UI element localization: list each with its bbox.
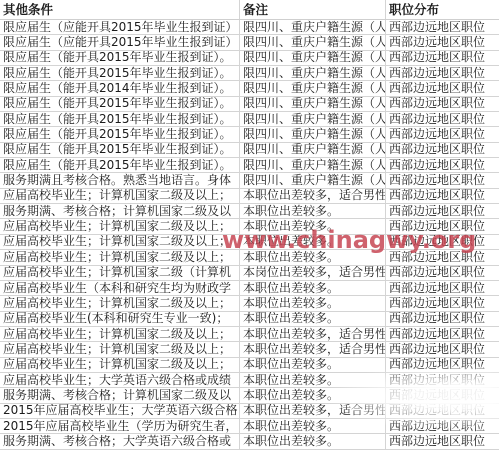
cell-other-conditions[interactable]: 限应届生（能开具2015年毕业生报到证）。 — [0, 143, 240, 157]
table-row: 限应届生（能开具2015年毕业生报到证）。 限四川、重庆户籍生源（人 西部边远地… — [0, 51, 499, 66]
cell-remarks[interactable]: 本职位出差较多，适合男性 — [240, 189, 386, 203]
table-row: 应届高校毕业生（本科和研究生均为财政学 本职位出差较多。 西部边远地区职位 — [0, 281, 499, 296]
cell-distribution[interactable]: 西部边远地区职位 — [386, 143, 499, 157]
cell-remarks[interactable]: 限四川、重庆户籍生源（人 — [240, 35, 386, 49]
cell-other-conditions[interactable]: 服务期满、考核合格；大学英语六级合格或 — [0, 434, 240, 448]
cell-other-conditions[interactable]: 应届高校毕业生（本科和研究生均为财政学 — [0, 281, 240, 295]
table-row: 服务期满、考核合格；计算机国家二级及以 本职位出差较多。 西部边远地区职位 — [0, 204, 499, 219]
cell-remarks[interactable]: 限四川、重庆户籍生源（人 — [240, 66, 386, 80]
header-distribution[interactable]: 职位分布 — [386, 0, 499, 19]
table-row: 应届高校毕业生(本科和研究生专业一致)； 本职位出差较多。 西部边远地区职位 — [0, 312, 499, 327]
cell-other-conditions[interactable]: 限应届生（能开具2015年毕业生报到证）。 — [0, 158, 240, 172]
cell-distribution[interactable]: 西部边远地区职位 — [386, 173, 499, 187]
cell-remarks[interactable]: 限四川、重庆户籍生源（人 — [240, 173, 386, 187]
cell-distribution[interactable]: 西部边远地区职位 — [386, 327, 499, 341]
cell-remarks[interactable]: 限四川、重庆户籍生源（人 — [240, 112, 386, 126]
cell-remarks[interactable]: 本职位出差较多。 — [240, 296, 386, 310]
cell-other-conditions[interactable]: 应届高校毕业生；计算机国家二级及以上； — [0, 189, 240, 203]
cell-distribution[interactable]: 西部边远地区职位 — [386, 296, 499, 310]
cell-other-conditions[interactable]: 服务期满、考核合格；计算机国家二级及以 — [0, 388, 240, 402]
table-row: 应届高校毕业生；计算机国家二级（计算机 本岗位出差较多，适合男性 西部边远地区职… — [0, 266, 499, 281]
cell-distribution[interactable]: 西部边远地区职位 — [386, 81, 499, 95]
cell-distribution[interactable]: 西部边远地区职位 — [386, 66, 499, 80]
cell-other-conditions[interactable]: 2015年应届高校毕业生；大学英语六级合格 — [0, 404, 240, 418]
table-row: 应届高校毕业生；计算机国家二级及以上； 本职位出差较多。 西部边远地区职位 — [0, 219, 499, 234]
cell-other-conditions[interactable]: 限应届生（能开具2015年毕业生报到证）。 — [0, 112, 240, 126]
cell-remarks[interactable]: 本职位出差较多。 — [240, 204, 386, 218]
cell-distribution[interactable]: 西部边远地区职位 — [386, 388, 499, 402]
table-row: 限应届生（能开具2015年毕业生报到证）。 限四川、重庆户籍生源（人 西部边远地… — [0, 66, 499, 81]
cell-remarks[interactable]: 本职位出差较多，适合男性 — [240, 342, 386, 356]
cell-distribution[interactable]: 西部边远地区职位 — [386, 112, 499, 126]
cell-distribution[interactable]: 西部边远地区职位 — [386, 434, 499, 448]
table-row: 应届高校毕业生；计算机国家二级及以上； 本职位出差较多，适合男性 西部边远地区职… — [0, 327, 499, 342]
table-row: 限应届生（能开具2015年毕业生报到证）。 限四川、重庆户籍生源（人 西部边远地… — [0, 158, 499, 173]
table-row: 应届高校毕业生；计算机国家二级及以上； 本职位出差较多，适合男性 西部边远地区职… — [0, 342, 499, 357]
cell-distribution[interactable]: 西部边远地区职位 — [386, 235, 499, 249]
cell-distribution[interactable]: 西部边远地区职位 — [386, 204, 499, 218]
table-row: 限应届生（能开具2015年毕业生报到证）。 限四川、重庆户籍生源（人 西部边远地… — [0, 112, 499, 127]
header-other-conditions[interactable]: 其他条件 — [0, 0, 240, 19]
cell-remarks[interactable]: 本职位出差较多。 — [240, 250, 386, 264]
table-row: 限应届生（应能开具2015年毕业生报到证） 限四川、重庆户籍生源（人 西部边远地… — [0, 35, 499, 50]
cell-distribution[interactable]: 西部边远地区职位 — [386, 127, 499, 141]
cell-distribution[interactable]: 西部边远地区职位 — [386, 158, 499, 172]
cell-remarks[interactable]: 限四川、重庆户籍生源（人 — [240, 97, 386, 111]
spreadsheet-table: 其他条件 备注 职位分布 限应届生（应能开具2015年毕业生报到证） 限四川、重… — [0, 0, 499, 450]
cell-distribution[interactable]: 西部边远地区职位 — [386, 342, 499, 356]
table-row: 2015年应届高校毕业生（学历为研究生者， 本职位出差较多。 西部边远地区职位 — [0, 419, 499, 434]
cell-remarks[interactable]: 本职位出差较多。 — [240, 358, 386, 372]
table-row: 限应届生（能开具2015年毕业生报到证）。 限四川、重庆户籍生源（人 西部边远地… — [0, 97, 499, 112]
cell-other-conditions[interactable]: 应届高校毕业生；计算机国家二级及以上； — [0, 296, 240, 310]
cell-other-conditions[interactable]: 限应届生（能开具2014年毕业生报到证）。 — [0, 81, 240, 95]
cell-other-conditions[interactable]: 应届高校毕业生；计算机国家二级及以上； — [0, 342, 240, 356]
cell-other-conditions[interactable]: 应届高校毕业生；计算机国家二级及以上； — [0, 358, 240, 372]
table-row: 应届高校毕业生；计算机国家二级及以上； 本职位出差较多。 西部边远地区职位 — [0, 358, 499, 373]
cell-other-conditions[interactable]: 限应届生（能开具2015年毕业生报到证）。 — [0, 127, 240, 141]
cell-other-conditions[interactable]: 服务期满且考核合格。熟悉当地语言。身体 — [0, 173, 240, 187]
cell-other-conditions[interactable]: 2015年应届高校毕业生（学历为研究生者， — [0, 419, 240, 433]
cell-remarks[interactable]: 限四川、重庆户籍生源（人 — [240, 51, 386, 65]
header-remarks[interactable]: 备注 — [240, 0, 386, 19]
cell-distribution[interactable]: 西部边远地区职位 — [386, 189, 499, 203]
cell-remarks[interactable]: 限四川、重庆户籍生源（人 — [240, 143, 386, 157]
cell-remarks[interactable]: 本职位出差较多。 — [240, 312, 386, 326]
cell-other-conditions[interactable]: 应届高校毕业生；计算机国家二级及以上； — [0, 250, 240, 264]
table-row: 限应届生（能开具2015年毕业生报到证）。 限四川、重庆户籍生源（人 西部边远地… — [0, 143, 499, 158]
table-row: 服务期满、考核合格；计算机国家二级及以 本职位出差较多。 西部边远地区职位 — [0, 388, 499, 403]
cell-other-conditions[interactable]: 服务期满、考核合格；计算机国家二级及以 — [0, 204, 240, 218]
cell-distribution[interactable]: 西部边远地区职位 — [386, 35, 499, 49]
cell-distribution[interactable]: 西部边远地区职位 — [386, 404, 499, 418]
table-row: 限应届生（能开具2014年毕业生报到证）。 限四川、重庆户籍生源（人 西部边远地… — [0, 81, 499, 96]
cell-other-conditions[interactable]: 应届高校毕业生；计算机国家二级及以上； — [0, 327, 240, 341]
table-row: 应届高校毕业生；计算机国家二级及以上； 本职位出差较多。 西部边远地区职位 — [0, 296, 499, 311]
table-row: 限应届生（应能开具2015年毕业生报到证） 限四川、重庆户籍生源（人 西部边远地… — [0, 20, 499, 35]
cell-remarks[interactable]: 本职位出差较多。 — [240, 419, 386, 433]
cell-distribution[interactable]: 西部边远地区职位 — [386, 281, 499, 295]
cell-remarks[interactable]: 限四川、重庆户籍生源（人 — [240, 20, 386, 34]
table-row: 服务期满且考核合格。熟悉当地语言。身体 限四川、重庆户籍生源（人 西部边远地区职… — [0, 173, 499, 188]
cell-remarks[interactable]: 本职位出差较多。 — [240, 434, 386, 448]
cell-distribution[interactable]: 西部边远地区职位 — [386, 219, 499, 233]
cell-remarks[interactable]: 本职位出差较多。 — [240, 235, 386, 249]
table-row: 应届高校毕业生；计算机国家二级及以上； 本职位出差较多。 西部边远地区职位 — [0, 235, 499, 250]
cell-remarks[interactable]: 限四川、重庆户籍生源（人 — [240, 81, 386, 95]
table-row: 服务期满、考核合格；大学英语六级合格或 本职位出差较多。 西部边远地区职位 — [0, 434, 499, 449]
cell-other-conditions[interactable]: 限应届生（能开具2015年毕业生报到证）。 — [0, 51, 240, 65]
cell-other-conditions[interactable]: 应届高校毕业生；大学英语六级合格或成绩 — [0, 373, 240, 387]
table-row: 应届高校毕业生；大学英语六级合格或成绩 本职位出差较多。 西部边远地区职位 — [0, 373, 499, 388]
cell-remarks[interactable]: 本职位出差较多。 — [240, 388, 386, 402]
cell-other-conditions[interactable]: 应届高校毕业生(本科和研究生专业一致)； — [0, 312, 240, 326]
cell-remarks[interactable]: 限四川、重庆户籍生源（人 — [240, 127, 386, 141]
cell-distribution[interactable]: 西部边远地区职位 — [386, 312, 499, 326]
cell-other-conditions[interactable]: 限应届生（应能开具2015年毕业生报到证） — [0, 20, 240, 34]
cell-distribution[interactable]: 西部边远地区职位 — [386, 51, 499, 65]
cell-distribution[interactable]: 西部边远地区职位 — [386, 419, 499, 433]
cell-remarks[interactable]: 限四川、重庆户籍生源（人 — [240, 158, 386, 172]
table-row: 2015年应届高校毕业生；大学英语六级合格 本职位出差较多，适合男性 西部边远地… — [0, 404, 499, 419]
cell-other-conditions[interactable]: 限应届生（能开具2015年毕业生报到证）。 — [0, 97, 240, 111]
cell-other-conditions[interactable]: 限应届生（能开具2015年毕业生报到证）。 — [0, 66, 240, 80]
table-header-row: 其他条件 备注 职位分布 — [0, 0, 499, 20]
cell-distribution[interactable]: 西部边远地区职位 — [386, 20, 499, 34]
cell-remarks[interactable]: 本职位出差较多。 — [240, 219, 386, 233]
cell-remarks[interactable]: 本职位出差较多。 — [240, 281, 386, 295]
table-row: 限应届生（能开具2015年毕业生报到证）。 限四川、重庆户籍生源（人 西部边远地… — [0, 127, 499, 142]
cell-distribution[interactable]: 西部边远地区职位 — [386, 250, 499, 264]
cell-other-conditions[interactable]: 应届高校毕业生；计算机国家二级及以上； — [0, 235, 240, 249]
cell-other-conditions[interactable]: 应届高校毕业生；计算机国家二级及以上； — [0, 219, 240, 233]
cell-distribution[interactable]: 西部边远地区职位 — [386, 97, 499, 111]
cell-other-conditions[interactable]: 限应届生（应能开具2015年毕业生报到证） — [0, 35, 240, 49]
table-row: 应届高校毕业生；计算机国家二级及以上； 本职位出差较多。 西部边远地区职位 — [0, 250, 499, 265]
cell-distribution[interactable]: 西部边远地区职位 — [386, 266, 499, 280]
table-body: 限应届生（应能开具2015年毕业生报到证） 限四川、重庆户籍生源（人 西部边远地… — [0, 20, 499, 450]
cell-remarks[interactable]: 本职位出差较多。 — [240, 373, 386, 387]
cell-remarks[interactable]: 本岗位出差较多，适合男性 — [240, 266, 386, 280]
cell-remarks[interactable]: 本职位出差较多，适合男性 — [240, 327, 386, 341]
table-row: 应届高校毕业生；计算机国家二级及以上； 本职位出差较多，适合男性 西部边远地区职… — [0, 189, 499, 204]
cell-remarks[interactable]: 本职位出差较多，适合男性 — [240, 404, 386, 418]
cell-distribution[interactable]: 西部边远地区职位 — [386, 373, 499, 387]
cell-other-conditions[interactable]: 应届高校毕业生；计算机国家二级（计算机 — [0, 266, 240, 280]
cell-distribution[interactable]: 西部边远地区职位 — [386, 358, 499, 372]
